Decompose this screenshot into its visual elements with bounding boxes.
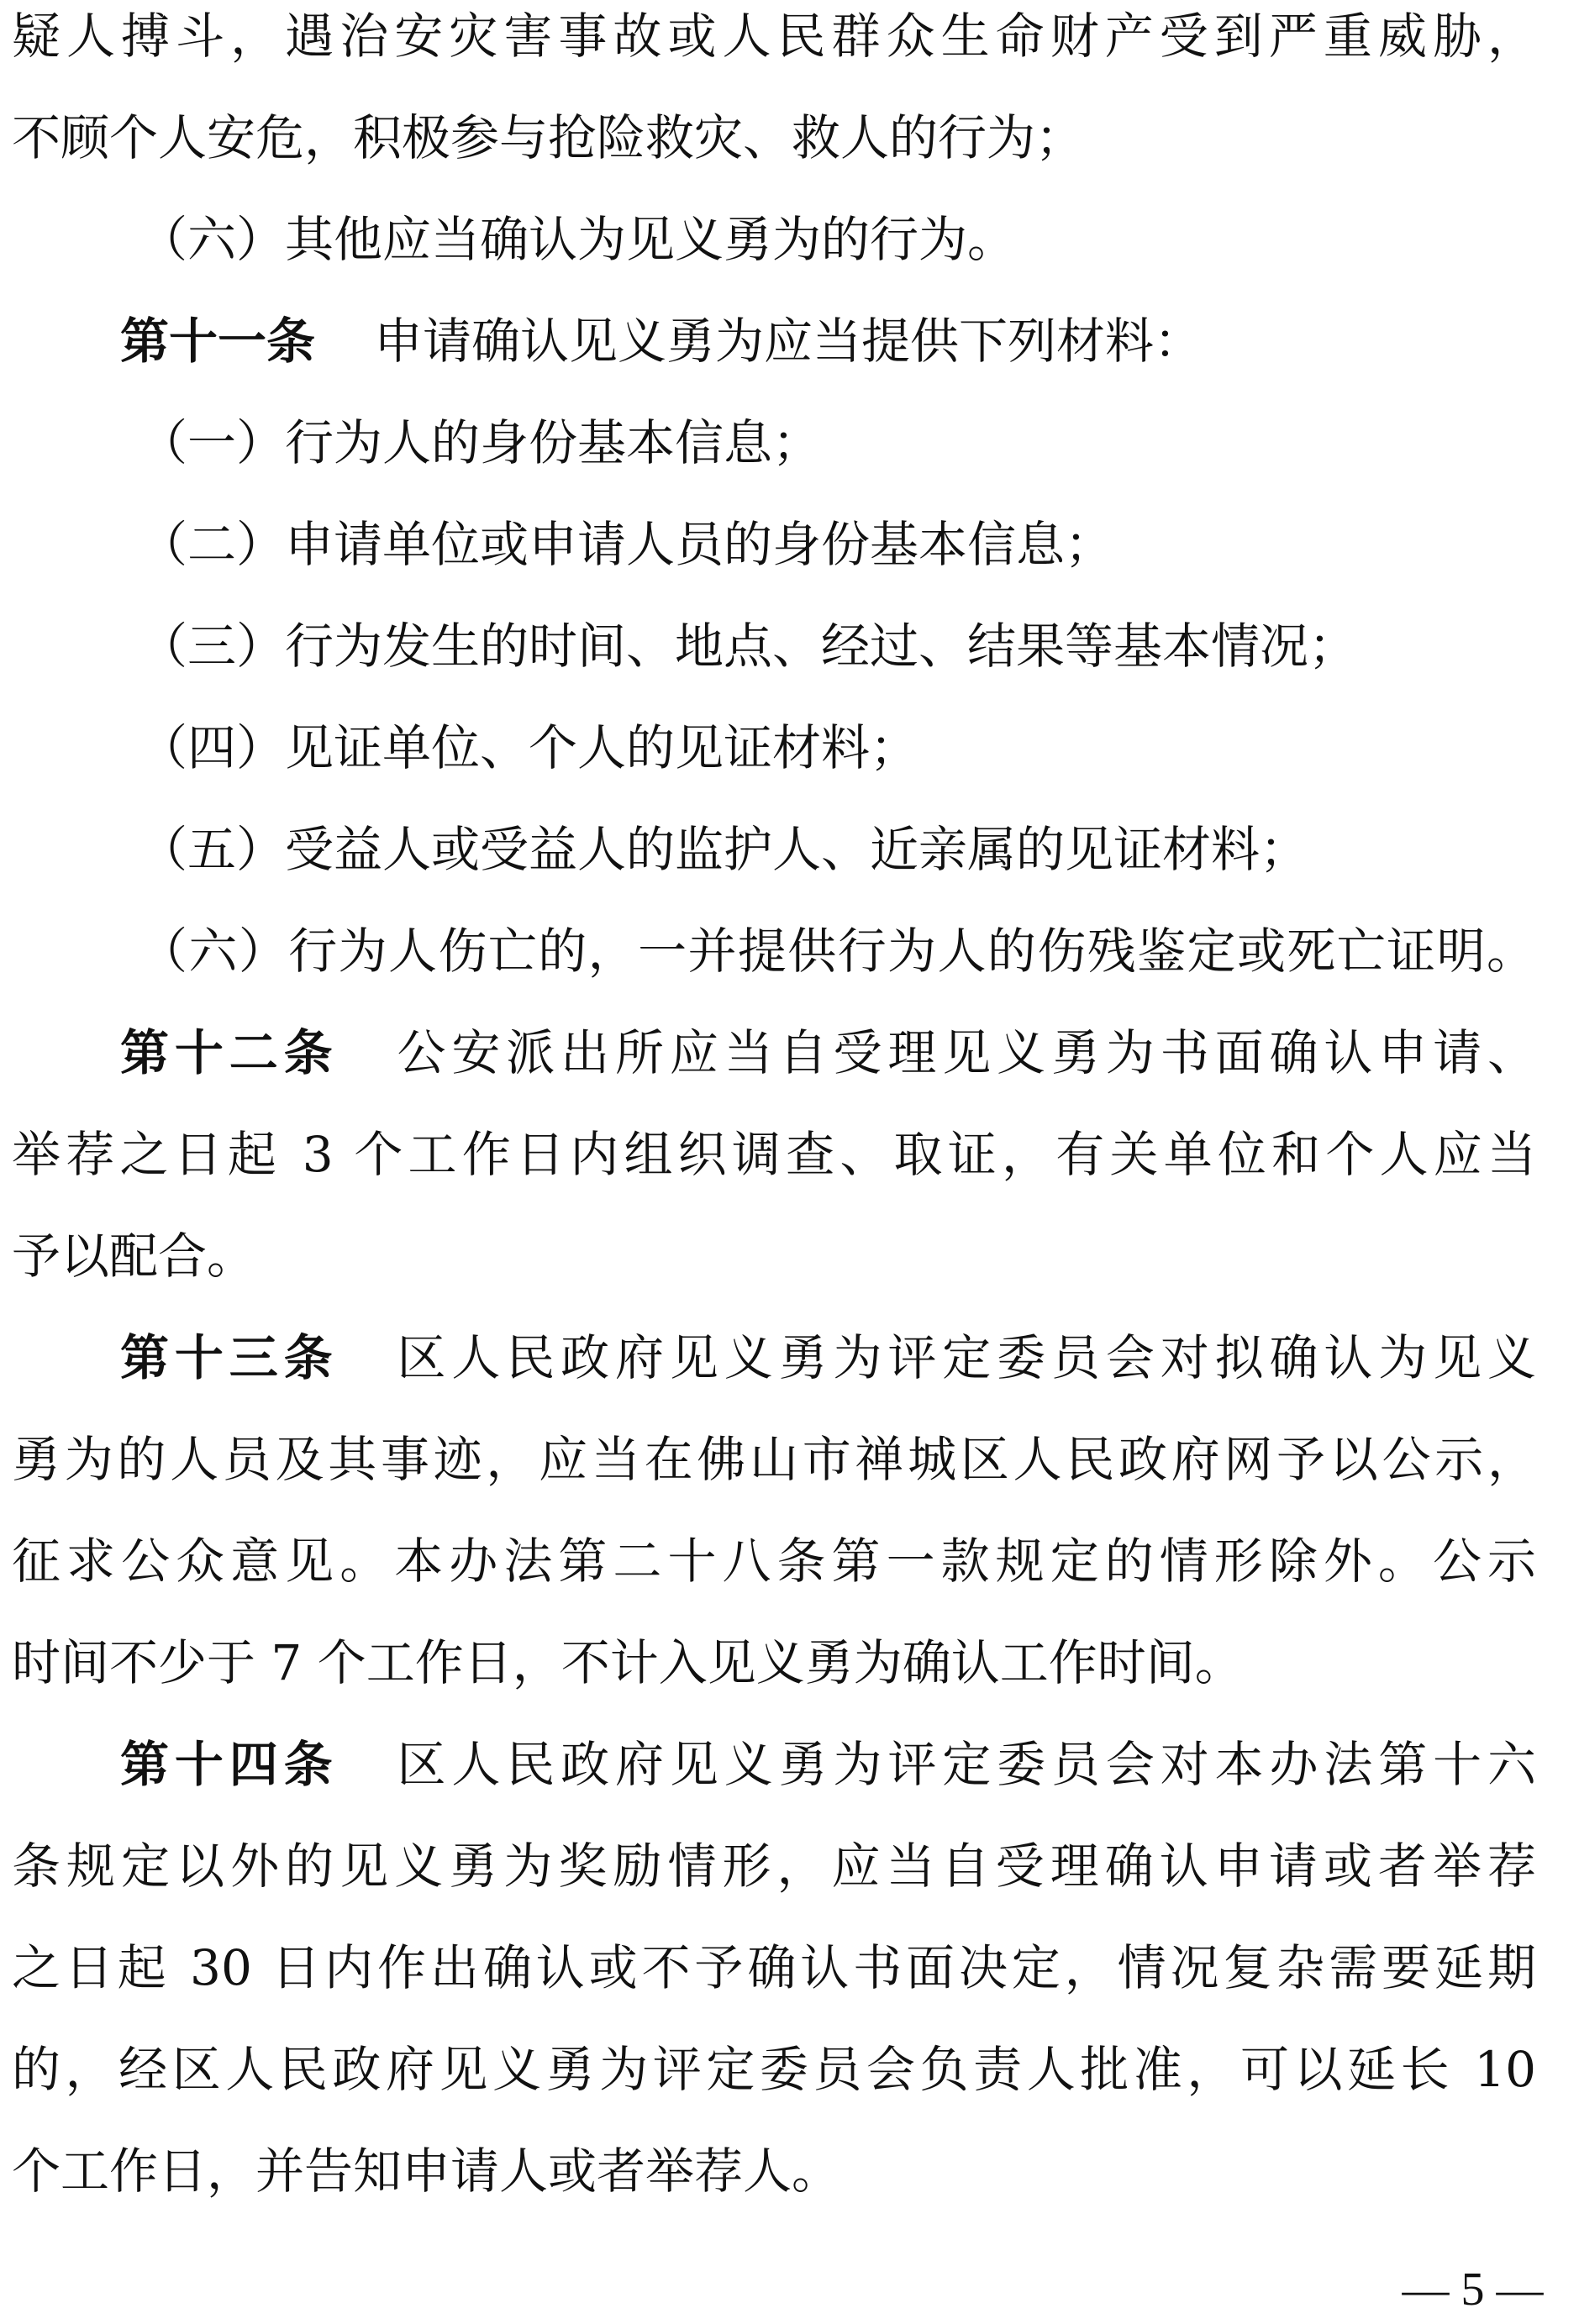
text-line: 时间不少于 7 个工作日，不计入见义勇为确认工作时间。: [12, 1612, 1536, 1714]
article-heading-line: 第十四条区人民政府见义勇为评定委员会对本办法第十六: [120, 1714, 1536, 1816]
document-page: 疑人搏斗，遇治安灾害事故或人民群众生命财产受到严重威胁， 不顾个人安危，积极参与…: [0, 0, 1579, 2324]
article-heading-line: 第十一条申请确认见义勇为应当提供下列材料：: [120, 291, 1536, 392]
line-text: 不顾个人安危，积极参与抢险救灾、救人的行为；: [12, 109, 1084, 166]
list-item: （三）行为发生的时间、地点、经过、结果等基本情况；: [139, 596, 1536, 697]
text-line: 之日起 30 日内作出确认或不予确认书面决定，情况复杂需要延期: [12, 1917, 1536, 2019]
line-text: 征求公众意见。本办法第二十八条第一款规定的情形除外。公示: [12, 1533, 1536, 1590]
line-text: 区人民政府见义勇为评定委员会对本办法第十六: [397, 1736, 1536, 1793]
article-heading-line: 第十三条区人民政府见义勇为评定委员会对拟确认为见义: [120, 1307, 1536, 1409]
line-text: 予以配合。: [12, 1228, 255, 1285]
page-number: — 5 —: [1387, 2260, 1559, 2319]
text-line: 的，经区人民政府见义勇为评定委员会负责人批准，可以延长 10: [12, 2019, 1536, 2121]
line-text: 时间不少于 7 个工作日，不计入见义勇为确认工作时间。: [12, 1634, 1244, 1691]
line-text: （四）见证单位、个人的见证材料；: [139, 719, 918, 776]
line-text: 勇为的人员及其事迹，应当在佛山市禅城区人民政府网予以公示，: [12, 1431, 1536, 1488]
line-text: 区人民政府见义勇为评定委员会对拟确认为见义: [397, 1329, 1536, 1386]
line-text: 的，经区人民政府见义勇为评定委员会负责人批准，可以延长 10: [12, 2041, 1536, 2098]
article-number: 第十三条: [120, 1329, 339, 1386]
article-number: 第十一条: [120, 313, 315, 370]
line-text: 之日起 30 日内作出确认或不予确认书面决定，情况复杂需要延期: [12, 1939, 1536, 1996]
line-text: （五）受益人或受益人的监护人、近亲属的见证材料；: [139, 821, 1308, 878]
list-item: （一）行为人的身份基本信息；: [139, 392, 1536, 494]
article-heading-line: 第十二条公安派出所应当自受理见义勇为书面确认申请、: [120, 1002, 1536, 1104]
line-text: （六）行为人伤亡的，一并提供行为人的伤残鉴定或死亡证明。: [139, 923, 1535, 980]
list-item: （四）见证单位、个人的见证材料；: [139, 697, 1536, 799]
text-line: 条规定以外的见义勇为奖励情形，应当自受理确认申请或者举荐: [12, 1816, 1536, 1917]
article-number: 第十二条: [120, 1024, 339, 1081]
text-line: 疑人搏斗，遇治安灾害事故或人民群众生命财产受到严重威胁，: [12, 0, 1536, 87]
list-item: （二）申请单位或申请人员的身份基本信息；: [139, 494, 1536, 596]
line-text: 举荐之日起 3 个工作日内组织调查、取证，有关单位和个人应当: [12, 1126, 1536, 1183]
text-line: 举荐之日起 3 个工作日内组织调查、取证，有关单位和个人应当: [12, 1104, 1536, 1206]
line-text: （一）行为人的身份基本信息；: [139, 414, 821, 471]
line-text: 条规定以外的见义勇为奖励情形，应当自受理确认申请或者举荐: [12, 1838, 1536, 1895]
text-line: 征求公众意见。本办法第二十八条第一款规定的情形除外。公示: [12, 1511, 1536, 1612]
line-text: 公安派出所应当自受理见义勇为书面确认申请、: [397, 1024, 1536, 1081]
text-line: 勇为的人员及其事迹，应当在佛山市禅城区人民政府网予以公示，: [12, 1409, 1536, 1511]
list-item: （五）受益人或受益人的监护人、近亲属的见证材料；: [139, 799, 1536, 901]
list-item: （六）其他应当确认为见义勇为的行为。: [139, 189, 1536, 291]
text-line: 个工作日，并告知申请人或者举荐人。: [12, 2121, 1536, 2222]
line-text: 个工作日，并告知申请人或者举荐人。: [12, 2143, 840, 2200]
text-line: 不顾个人安危，积极参与抢险救灾、救人的行为；: [12, 87, 1536, 189]
text-line: 予以配合。: [12, 1206, 1536, 1307]
list-item: （六）行为人伤亡的，一并提供行为人的伤残鉴定或死亡证明。: [139, 901, 1535, 1002]
article-number: 第十四条: [120, 1736, 339, 1793]
line-text: 疑人搏斗，遇治安灾害事故或人民群众生命财产受到严重威胁，: [12, 8, 1536, 65]
line-text: （六）其他应当确认为见义勇为的行为。: [139, 211, 1016, 268]
line-text: 申请确认见义勇为应当提供下列材料：: [374, 313, 1203, 370]
line-text: （二）申请单位或申请人员的身份基本信息；: [139, 516, 1113, 573]
line-text: （三）行为发生的时间、地点、经过、结果等基本情况；: [139, 618, 1357, 675]
